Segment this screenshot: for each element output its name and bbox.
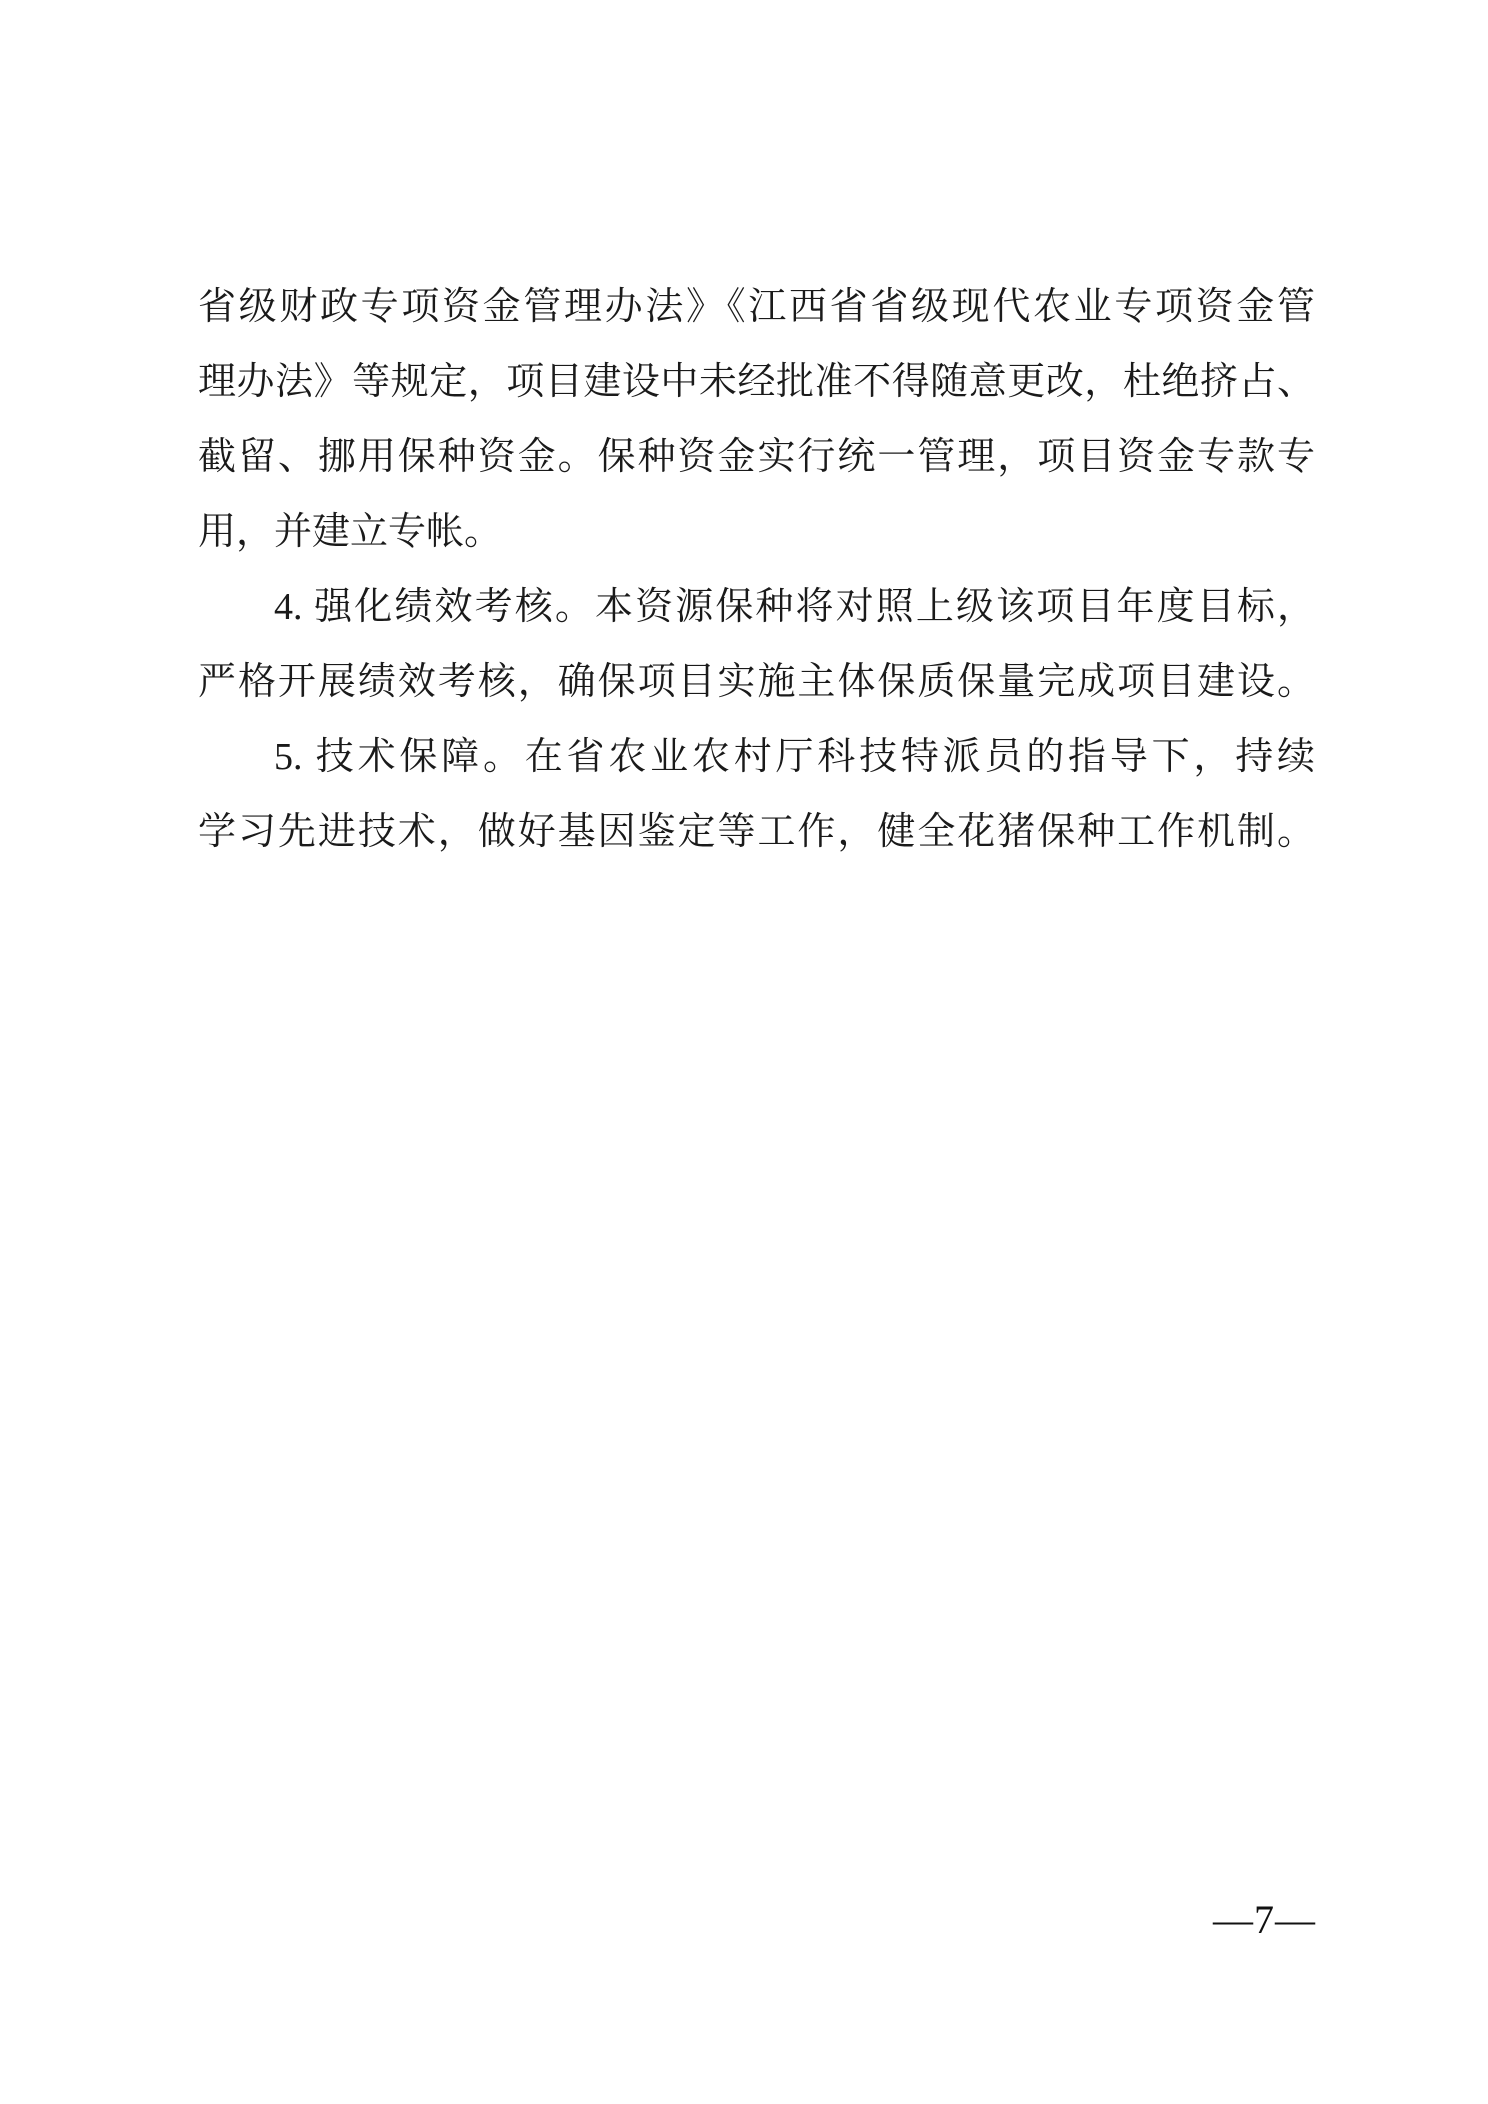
body-text: 省级财政专项资金管理办法》《江西省省级现代农业专项资金管理办法》等规定，项目建设… xyxy=(198,270,1315,870)
body-text-line: 严格开展绩效考核，确保项目实施主体保质保量完成项目建设。 xyxy=(198,645,1315,720)
body-text-line: 理办法》等规定，项目建设中未经批准不得随意更改，杜绝挤占、 xyxy=(198,345,1315,420)
body-text-line: 4. 强化绩效考核。本资源保种将对照上级该项目年度目标， xyxy=(198,570,1315,645)
body-text-line: 省级财政专项资金管理办法》《江西省省级现代农业专项资金管 xyxy=(198,270,1315,345)
body-text-line: 5. 技术保障。在省农业农村厅科技特派员的指导下，持续 xyxy=(198,720,1315,795)
page-number: —7— xyxy=(1213,1895,1316,1945)
body-text-line: 截留、挪用保种资金。保种资金实行统一管理，项目资金专款专 xyxy=(198,420,1315,495)
body-text-line: 用，并建立专帐。 xyxy=(198,495,1315,570)
document-page: 省级财政专项资金管理办法》《江西省省级现代农业专项资金管理办法》等规定，项目建设… xyxy=(0,0,1488,2104)
body-text-line: 学习先进技术，做好基因鉴定等工作，健全花猪保种工作机制。 xyxy=(198,795,1315,870)
